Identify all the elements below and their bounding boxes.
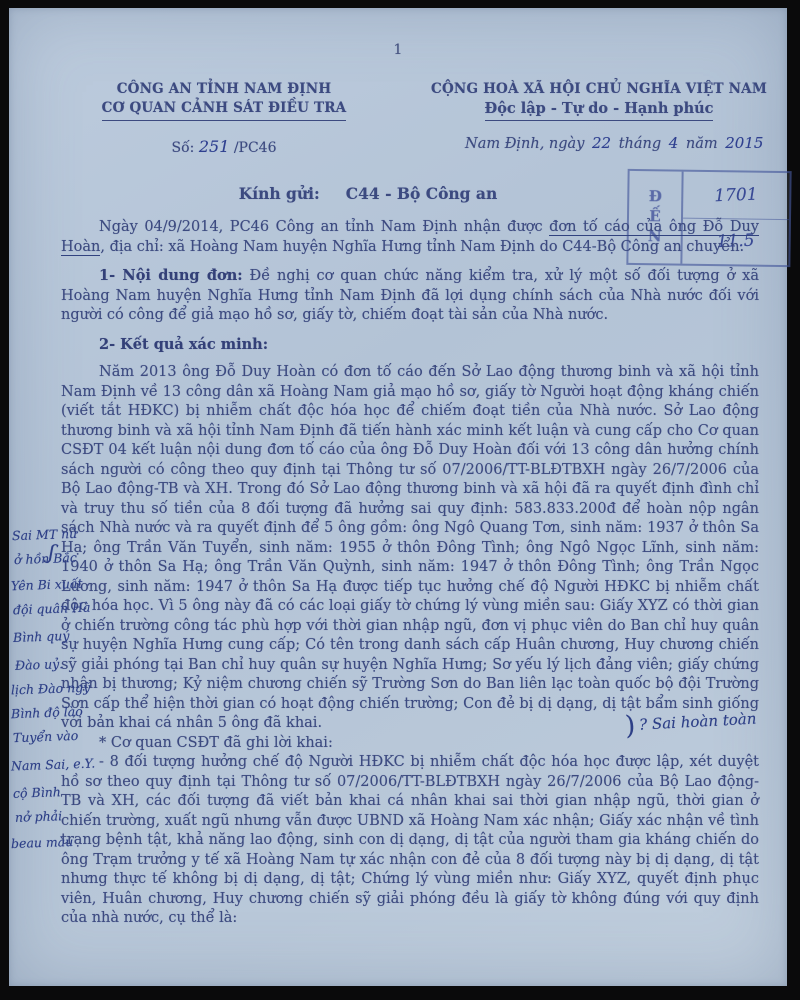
place-date-prefix: Nam Định, ngày [465, 136, 584, 152]
margin-note: Sai MT nữ [12, 527, 78, 542]
margin-note: Bình quý [13, 629, 70, 644]
salutation-recipient: C44 - Bộ Công an [346, 184, 497, 203]
salutation-line: Kính gửi:C44 - Bộ Công an [0, 184, 757, 203]
date-word-month: tháng [619, 136, 661, 152]
page-number: 1 [9, 42, 787, 58]
margin-note: Bình độ lào [11, 705, 83, 720]
section1-paragraph: 1- Nội dung đơn: Đề nghị cơ quan chức nă… [61, 266, 759, 326]
place-date-line: Nam Định, ngày 22 tháng 4 năm 2015 [409, 134, 789, 154]
margin-note: beau màu [11, 835, 74, 850]
header-motto-block: CỘNG HOÀ XÃ HỘI CHỦ NGHĨA VIỆT NAM Độc l… [409, 80, 789, 154]
motto-line2: Độc lập - Tự do - Hạnh phúc [485, 99, 714, 121]
verification-paragraph: Năm 2013 ông Đỗ Duy Hoàn có đơn tố cáo đ… [61, 363, 759, 734]
document-number-suffix: /PC46 [234, 140, 277, 156]
document-number-line: Số: 251 /PC46 [79, 137, 369, 158]
document-number-label: Số: [172, 140, 195, 156]
margin-note: đội quân Hà [13, 601, 91, 617]
section1-heading: 1- Nội dung đơn: [99, 267, 243, 284]
intro-text-pre: Ngày 04/9/2014, PC46 Công an tỉnh Nam Đị… [99, 219, 549, 235]
scanned-document-photo: { "page_number": "1", "header": { "agenc… [0, 0, 800, 1000]
salutation-label: Kính gửi: [239, 184, 320, 203]
margin-note: Yên Bi xuất [11, 577, 83, 592]
handwritten-inline-text: ? Sai hoàn toàn [639, 710, 757, 734]
date-month-handwritten: 4 [669, 134, 679, 152]
date-day-handwritten: 22 [592, 134, 611, 152]
date-word-year: năm [686, 136, 718, 152]
document-body: Ngày 04/9/2014, PC46 Công an tỉnh Nam Đị… [61, 218, 759, 929]
handwritten-paren: ) [624, 711, 636, 741]
section2-heading: 2- Kết quả xác minh: [61, 335, 759, 355]
header-agency-block: CÔNG AN TỈNH NAM ĐỊNH CƠ QUAN CẢNH SÁT Đ… [79, 80, 369, 158]
margin-note: cộ Bình [13, 785, 61, 800]
statements-paragraph: - 8 đối tượng hưởng chế độ Người HĐKC bị… [61, 753, 759, 929]
motto-line1: CỘNG HOÀ XÃ HỘI CHỦ NGHĨA VIỆT NAM [409, 80, 789, 99]
document-number-handwritten: 251 [199, 137, 230, 156]
document-page: 1 CÔNG AN TỈNH NAM ĐỊNH CƠ QUAN CẢNH SÁT… [9, 8, 787, 986]
margin-note: ở hồn Bắc [14, 551, 77, 566]
margin-note: nở phải [15, 809, 62, 824]
date-year-handwritten: 2015 [725, 134, 763, 152]
intro-text-post: , địa chỉ: xã Hoàng Nam huyện Nghĩa Hưng… [100, 239, 744, 255]
margin-note: Tuyển vào [13, 729, 79, 744]
agency-parent-name: CÔNG AN TỈNH NAM ĐỊNH [79, 80, 369, 99]
margin-note: lịch Đào ngỹ [11, 681, 91, 697]
paragraph-intro: Ngày 04/9/2014, PC46 Công an tỉnh Nam Đị… [61, 218, 759, 257]
agency-name: CƠ QUAN CẢNH SÁT ĐIỀU TRA [102, 99, 347, 121]
margin-note: Đào uỷ. [15, 657, 64, 672]
margin-note: Nam Sai, e.Y. [11, 757, 96, 773]
